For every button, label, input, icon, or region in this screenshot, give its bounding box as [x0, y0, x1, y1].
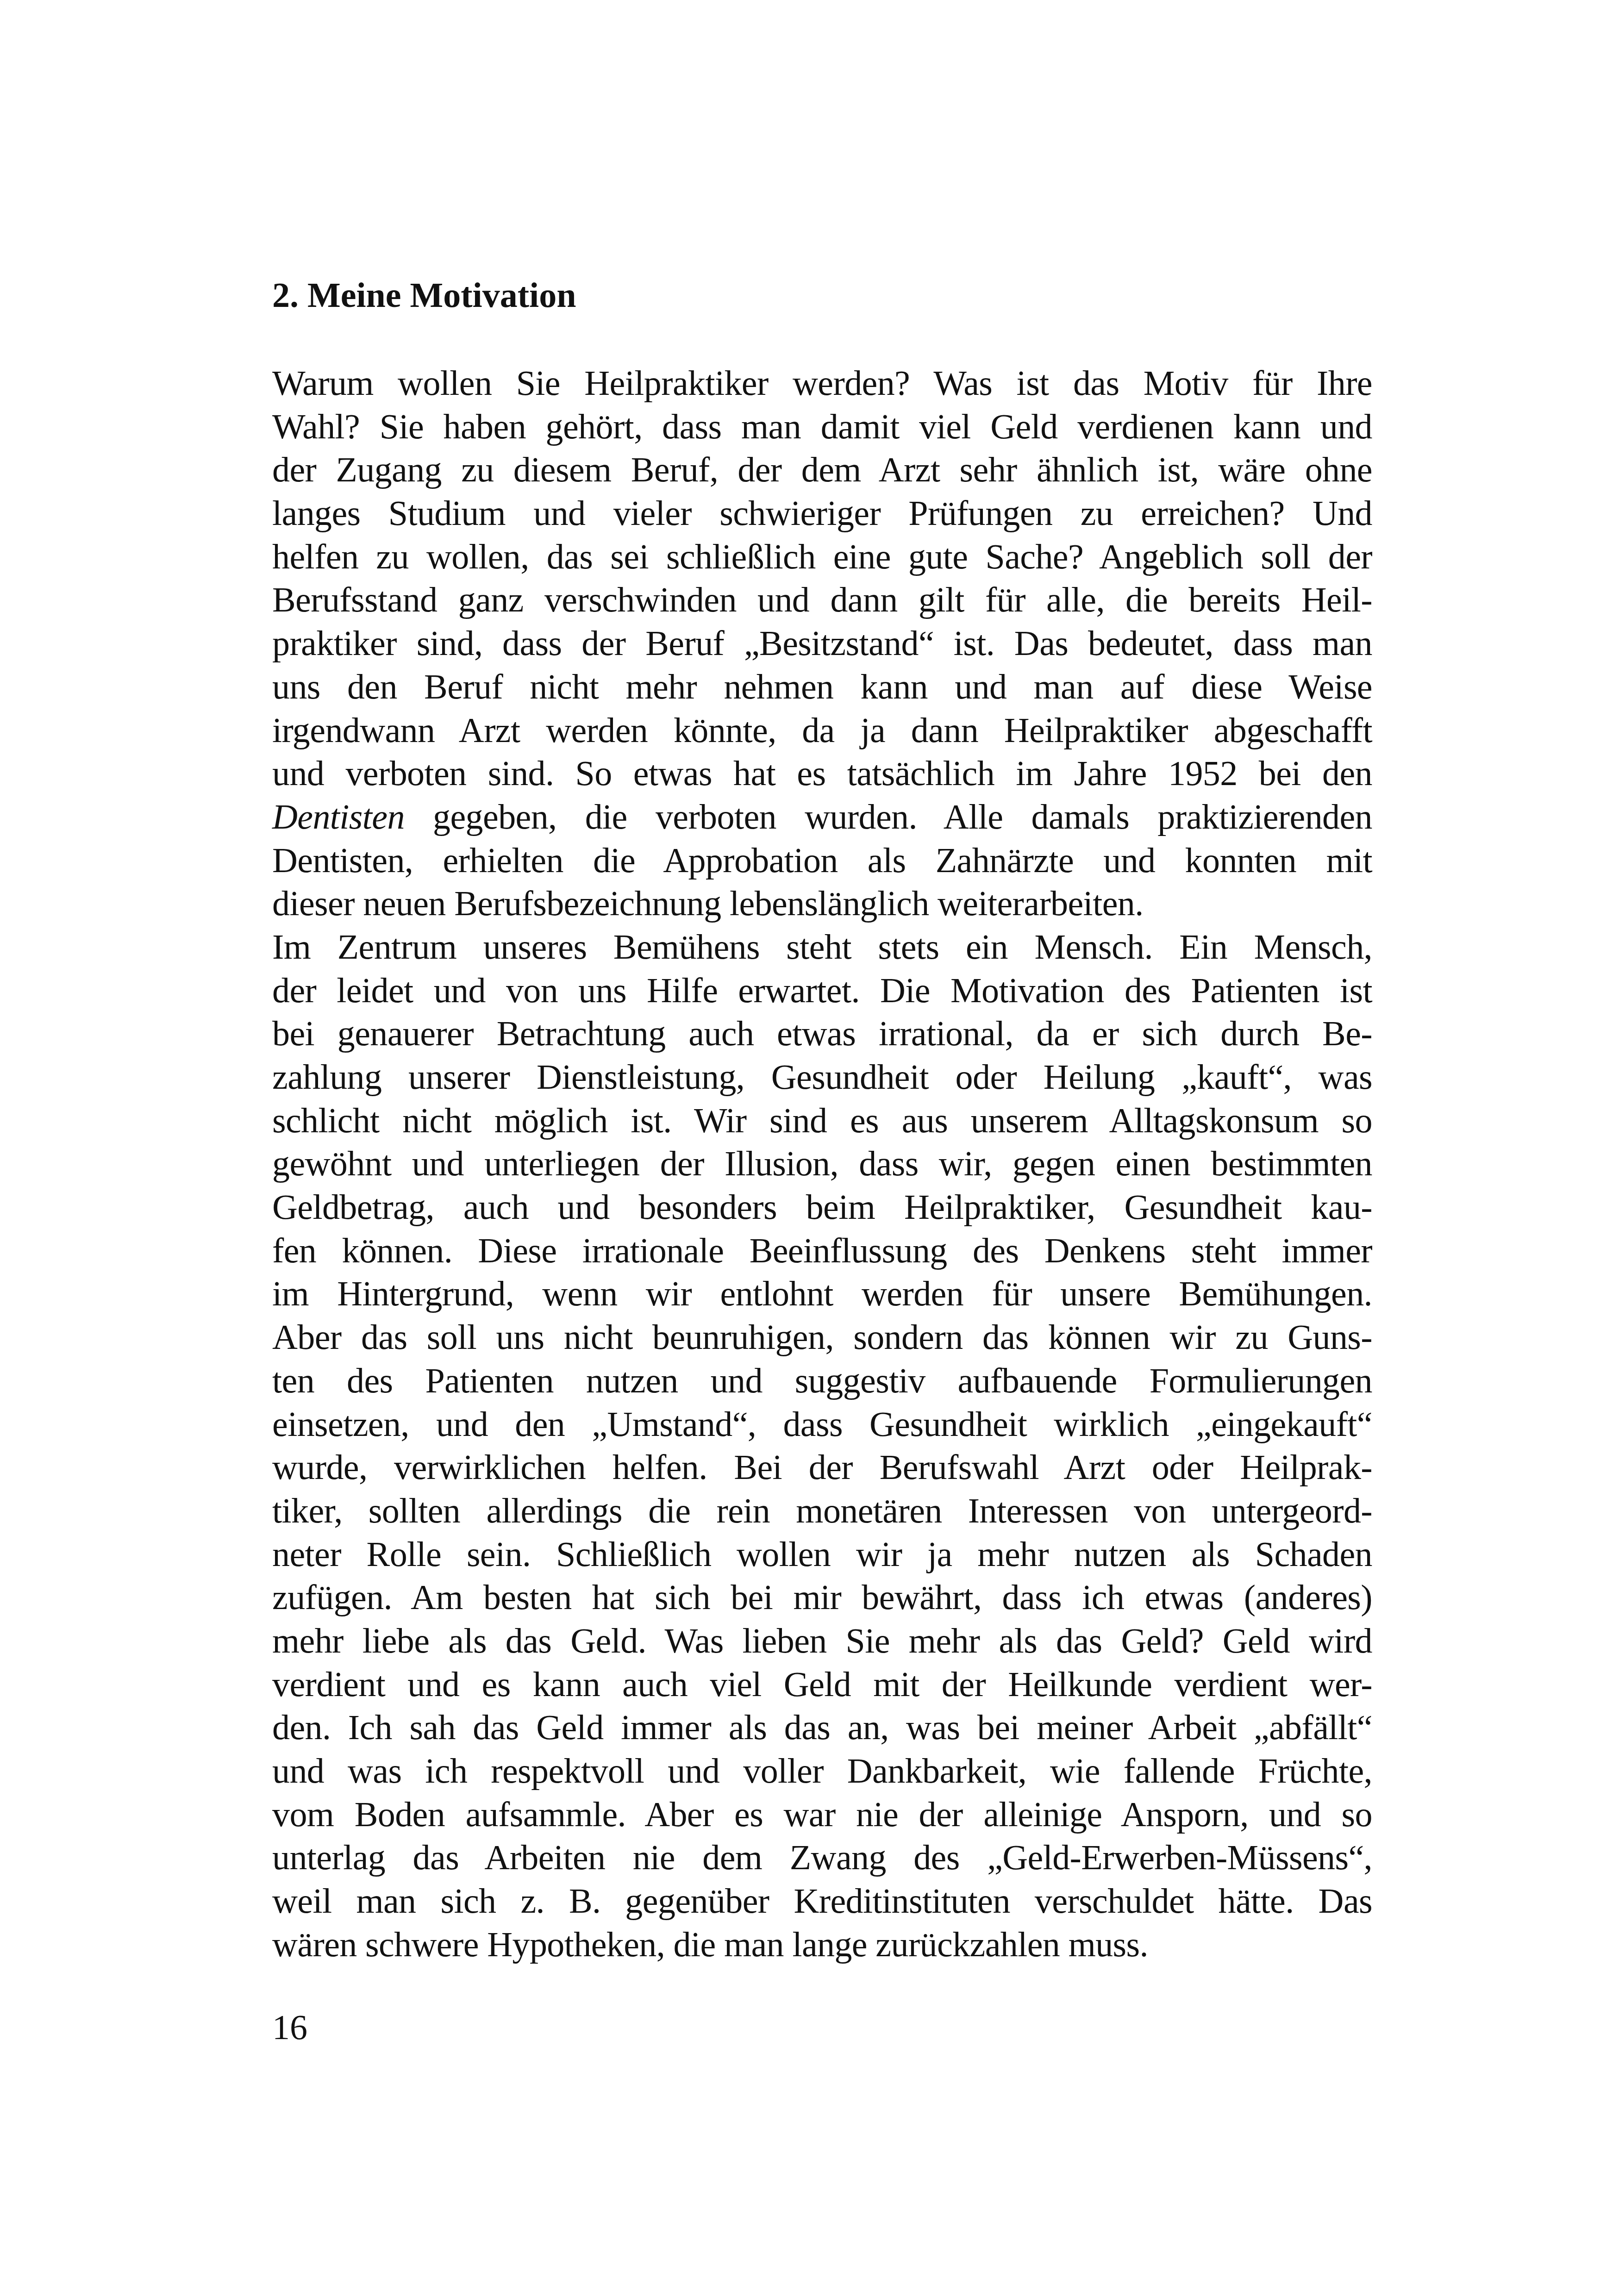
text-line: vom Boden aufsammle. Aber es war nie der… — [272, 1793, 1372, 1837]
text-line: Aber das soll uns nicht beunruhigen, son… — [272, 1316, 1372, 1360]
paragraph-end-line: dieser neuen Berufsbezeichnung lebenslän… — [272, 882, 1372, 926]
text-line: wurde, verwirklichen helfen. Bei der Ber… — [272, 1446, 1372, 1490]
text-line: Warum wollen Sie Heilpraktiker werden? W… — [272, 362, 1372, 406]
text-line: Im Zentrum unseres Bemühens steht stets … — [272, 926, 1372, 969]
text-line: ten des Patienten nutzen und suggestiv a… — [272, 1360, 1372, 1403]
text-line: zufügen. Am besten hat sich bei mir bewä… — [272, 1576, 1372, 1620]
text-line: verdient und es kann auch viel Geld mit … — [272, 1663, 1372, 1707]
text-line: langes Studium und vieler schwieriger Pr… — [272, 492, 1372, 536]
text-line: der Zugang zu diesem Beruf, der dem Arzt… — [272, 449, 1372, 492]
body-text: Warum wollen Sie Heilpraktiker werden? W… — [272, 362, 1372, 1966]
text-line: Dentisten gegeben, die verboten wurden. … — [272, 796, 1372, 839]
book-page: 2. Meine Motivation Warum wollen Sie Hei… — [0, 0, 1619, 2296]
text-line: Dentisten, erhielten die Approbation als… — [272, 839, 1372, 883]
text-line: neter Rolle sein. Schließlich wollen wir… — [272, 1533, 1372, 1577]
text-line: einsetzen, und den „Umstand“, dass Gesun… — [272, 1403, 1372, 1447]
italic-term: Dentisten — [272, 798, 405, 836]
text-line: und verboten sind. So etwas hat es tatsä… — [272, 752, 1372, 796]
text-line: irgendwann Arzt werden könnte, da ja dan… — [272, 709, 1372, 753]
page-number: 16 — [272, 2004, 307, 2051]
text-line: tiker, sollten allerdings die rein monet… — [272, 1490, 1372, 1533]
text-line: im Hintergrund, wenn wir entlohnt werden… — [272, 1273, 1372, 1316]
text-line: bei genauerer Betrachtung auch etwas irr… — [272, 1012, 1372, 1056]
chapter-heading: 2. Meine Motivation — [272, 272, 576, 318]
text-line: Berufsstand ganz verschwinden und dann g… — [272, 579, 1372, 622]
text-line: den. Ich sah das Geld immer als das an, … — [272, 1706, 1372, 1750]
text-line: zahlung unserer Dienstleistung, Gesundhe… — [272, 1056, 1372, 1099]
text-line: gewöhnt und unterliegen der Illusion, da… — [272, 1142, 1372, 1186]
text-line: der leidet und von uns Hilfe erwartet. D… — [272, 969, 1372, 1013]
text-line: mehr liebe als das Geld. Was lieben Sie … — [272, 1620, 1372, 1663]
text-line: Geldbetrag, auch und besonders beim Heil… — [272, 1186, 1372, 1229]
text-line: Wahl? Sie haben gehört, dass man damit v… — [272, 406, 1372, 449]
text-line: schlicht nicht möglich ist. Wir sind es … — [272, 1099, 1372, 1143]
text-line: weil man sich z. B. gegenüber Kreditinst… — [272, 1880, 1372, 1923]
text-line: unterlag das Arbeiten nie dem Zwang des … — [272, 1836, 1372, 1880]
text-line: helfen zu wollen, das sei schließlich ei… — [272, 536, 1372, 579]
text-line: praktiker sind, dass der Beruf „Besitzst… — [272, 622, 1372, 666]
paragraph-end-line: wären schwere Hypotheken, die man lange … — [272, 1923, 1372, 1967]
text-line: uns den Beruf nicht mehr nehmen kann und… — [272, 666, 1372, 709]
text-line: und was ich respektvoll und voller Dankb… — [272, 1750, 1372, 1793]
text-line: fen können. Diese irrationale Beeinfluss… — [272, 1229, 1372, 1273]
